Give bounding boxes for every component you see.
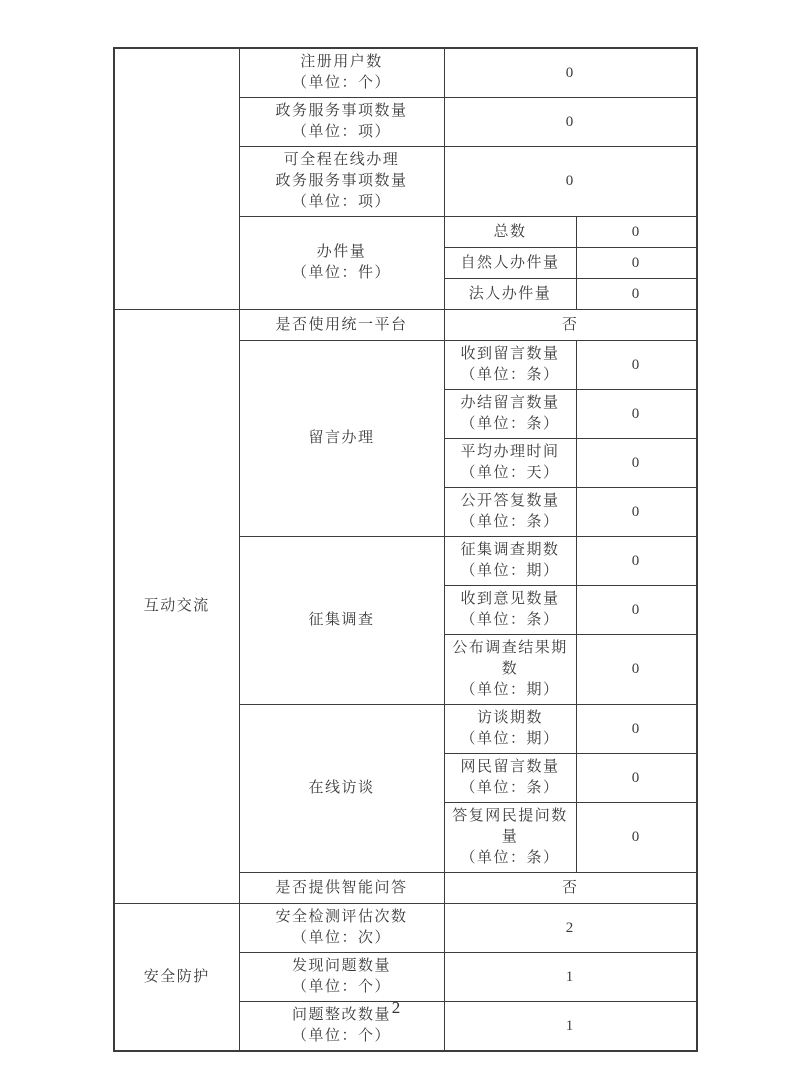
label-line: （单位：条） — [447, 512, 574, 533]
value-cell: 0 — [576, 754, 697, 803]
value-cell: 0 — [576, 705, 697, 754]
item-label-cell: 征集调查 — [239, 537, 444, 705]
label-line: （单位：期） — [447, 680, 574, 701]
label-line: （单位：条） — [447, 365, 574, 386]
label-line: （单位：天） — [447, 463, 574, 484]
value-cell: 0 — [576, 635, 697, 705]
label-line: 留言办理 — [242, 428, 442, 449]
value-cell: 0 — [576, 341, 697, 390]
label-line: 办件量 — [242, 242, 442, 263]
label-line: 政务服务事项数量 — [242, 171, 442, 192]
item-label-cell: 是否使用统一平台 — [239, 310, 444, 341]
label-line: 政务服务事项数量 — [242, 101, 442, 122]
subitem-label-cell: 公布调查结果期数（单位：期） — [444, 635, 576, 705]
label-line: 是否提供智能问答 — [242, 878, 442, 899]
label-line: 问题整改数量 — [242, 1005, 442, 1026]
subitem-label-cell: 总数 — [444, 217, 576, 248]
item-label-cell: 可全程在线办理政务服务事项数量（单位：项） — [239, 147, 444, 217]
label-line: （单位：期） — [447, 561, 574, 582]
label-line: 发现问题数量 — [242, 956, 442, 977]
item-label-cell: 政务服务事项数量（单位：项） — [239, 98, 444, 147]
item-label-cell: 在线访谈 — [239, 705, 444, 873]
label-line: 是否使用统一平台 — [242, 315, 442, 336]
value-cell: 0 — [576, 217, 697, 248]
subitem-label-cell: 征集调查期数（单位：期） — [444, 537, 576, 586]
label-line: 安全检测评估次数 — [242, 907, 442, 928]
label-line: 总数 — [447, 222, 574, 243]
label-line: 平均办理时间 — [447, 442, 574, 463]
value-cell: 否 — [444, 873, 697, 904]
value-cell: 0 — [576, 279, 697, 310]
subitem-label-cell: 办结留言数量（单位：条） — [444, 390, 576, 439]
label-line: 注册用户数 — [242, 52, 442, 73]
label-line: （单位：项） — [242, 122, 442, 143]
value-cell: 1 — [444, 1002, 697, 1052]
item-label-cell: 发现问题数量（单位：个） — [239, 953, 444, 1002]
subitem-label-cell: 访谈期数（单位：期） — [444, 705, 576, 754]
report-table: 注册用户数（单位：个）0政务服务事项数量（单位：项）0可全程在线办理政务服务事项… — [113, 47, 698, 1052]
label-line: 收到意见数量 — [447, 589, 574, 610]
value-cell: 0 — [576, 537, 697, 586]
table-row: 互动交流是否使用统一平台否 — [114, 310, 697, 341]
label-line: 收到留言数量 — [447, 344, 574, 365]
value-cell: 0 — [444, 147, 697, 217]
item-label-cell: 安全检测评估次数（单位：次） — [239, 904, 444, 953]
label-line: 在线访谈 — [242, 778, 442, 799]
subitem-label-cell: 网民留言数量（单位：条） — [444, 754, 576, 803]
label-line: 答复网民提问数量 — [447, 806, 574, 848]
item-label-cell: 留言办理 — [239, 341, 444, 537]
value-cell: 0 — [576, 248, 697, 279]
category-cell: 安全防护 — [114, 904, 239, 1052]
label-line: 自然人办件量 — [447, 253, 574, 274]
label-line: （单位：期） — [447, 729, 574, 750]
value-cell: 1 — [444, 953, 697, 1002]
subitem-label-cell: 答复网民提问数量（单位：条） — [444, 803, 576, 873]
item-label-cell: 问题整改数量（单位：个） — [239, 1002, 444, 1052]
subitem-label-cell: 收到意见数量（单位：条） — [444, 586, 576, 635]
value-cell: 0 — [576, 439, 697, 488]
label-line: （单位：件） — [242, 263, 442, 284]
item-label-cell: 注册用户数（单位：个） — [239, 48, 444, 98]
label-line: （单位：次） — [242, 928, 442, 949]
label-line: （单位：个） — [242, 977, 442, 998]
item-label-cell: 是否提供智能问答 — [239, 873, 444, 904]
label-line: 网民留言数量 — [447, 757, 574, 778]
value-cell: 0 — [444, 98, 697, 147]
table-row: 注册用户数（单位：个）0 — [114, 48, 697, 98]
label-line: 征集调查 — [242, 610, 442, 631]
label-line: （单位：个） — [242, 73, 442, 94]
label-line: （单位：个） — [242, 1026, 442, 1047]
label-line: 公开答复数量 — [447, 491, 574, 512]
value-cell: 0 — [576, 390, 697, 439]
label-line: （单位：条） — [447, 610, 574, 631]
subitem-label-cell: 法人办件量 — [444, 279, 576, 310]
label-line: 公布调查结果期数 — [447, 638, 574, 680]
value-cell: 0 — [444, 48, 697, 98]
subitem-label-cell: 公开答复数量（单位：条） — [444, 488, 576, 537]
value-cell: 0 — [576, 803, 697, 873]
value-cell: 2 — [444, 904, 697, 953]
label-line: 法人办件量 — [447, 284, 574, 305]
page-number: 2 — [392, 998, 401, 1018]
item-label-cell: 办件量（单位：件） — [239, 217, 444, 310]
value-cell: 否 — [444, 310, 697, 341]
label-line: （单位：条） — [447, 414, 574, 435]
label-line: 可全程在线办理 — [242, 150, 442, 171]
document-page: 注册用户数（单位：个）0政务服务事项数量（单位：项）0可全程在线办理政务服务事项… — [0, 0, 792, 1075]
label-line: （单位：项） — [242, 192, 442, 213]
table-row: 安全防护安全检测评估次数（单位：次）2 — [114, 904, 697, 953]
subitem-label-cell: 平均办理时间（单位：天） — [444, 439, 576, 488]
category-cell: 互动交流 — [114, 310, 239, 904]
label-line: 征集调查期数 — [447, 540, 574, 561]
subitem-label-cell: 自然人办件量 — [444, 248, 576, 279]
category-cell — [114, 48, 239, 310]
label-line: 访谈期数 — [447, 708, 574, 729]
value-cell: 0 — [576, 488, 697, 537]
subitem-label-cell: 收到留言数量（单位：条） — [444, 341, 576, 390]
label-line: 办结留言数量 — [447, 393, 574, 414]
value-cell: 0 — [576, 586, 697, 635]
label-line: （单位：条） — [447, 778, 574, 799]
label-line: （单位：条） — [447, 848, 574, 869]
